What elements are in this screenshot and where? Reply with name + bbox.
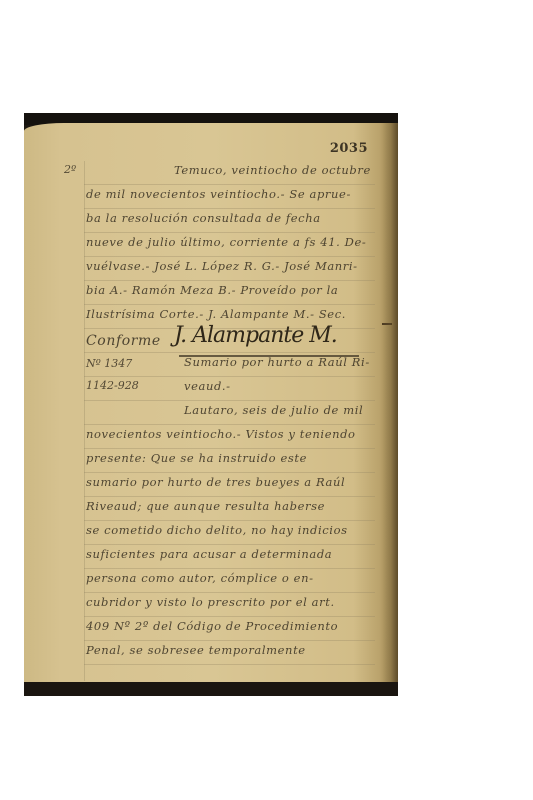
entry2-title: veaud.- [184,379,231,393]
entry1-line: nueve de julio último, corriente a fs 41… [86,235,366,249]
entry2-line: Riveaud; que aunque resulta haberse [86,499,325,513]
entry1-conforme: Conforme [86,333,161,349]
entry2-line: sumario por hurto de tres bueyes a Raúl [86,475,345,489]
case-code: 1142-928 [86,379,139,392]
bottom-shadow-band [24,682,398,696]
entry2-line: se cometido dicho delito, no hay indicio… [86,523,348,537]
entry1-line: de mil novecientos veintiocho.- Se aprue… [86,187,351,201]
entry2-line: novecientos veintiocho.- Vistos y tenien… [86,427,356,441]
entry2-line: cubridor y visto lo prescrito por el art… [86,595,335,609]
ledger-page: 2035 2º Temuco, veintiocho de octubre de… [24,123,398,683]
entry2-line: 409 Nº 2º del Código de Procedimiento [86,619,338,633]
entry1-margin-number: 2º [64,163,76,176]
page-number: 2035 [330,141,368,156]
entry2-line: presente: Que se ha instruido este [86,451,307,465]
entry1-line: bia A.- Ramón Meza B.- Proveído por la [86,283,338,297]
signature: J. Alampante M. [174,323,337,348]
document-photo: 2035 2º Temuco, veintiocho de octubre de… [24,113,398,696]
edge-mark [382,323,392,325]
entry1-line: ba la resolución consultada de fecha [86,211,321,225]
case-number: Nº 1347 [86,357,132,370]
entry1-line: Temuco, veintiocho de octubre [174,163,371,177]
entry2-line: Penal, se sobresee temporalmente [86,643,306,657]
entry2-line: persona como autor, cómplice o en- [86,571,314,585]
entry2-title: Sumario por hurto a Raúl Ri- [184,355,370,369]
entry2-line: suficientes para acusar a determinada [86,547,332,561]
entry2-line: Lautaro, seis de julio de mil [184,403,363,417]
entry1-line: Ilustrísima Corte.- J. Alampante M.- Sec… [86,307,346,321]
entry1-line: vuélvase.- José L. López R. G.- José Man… [86,259,358,273]
